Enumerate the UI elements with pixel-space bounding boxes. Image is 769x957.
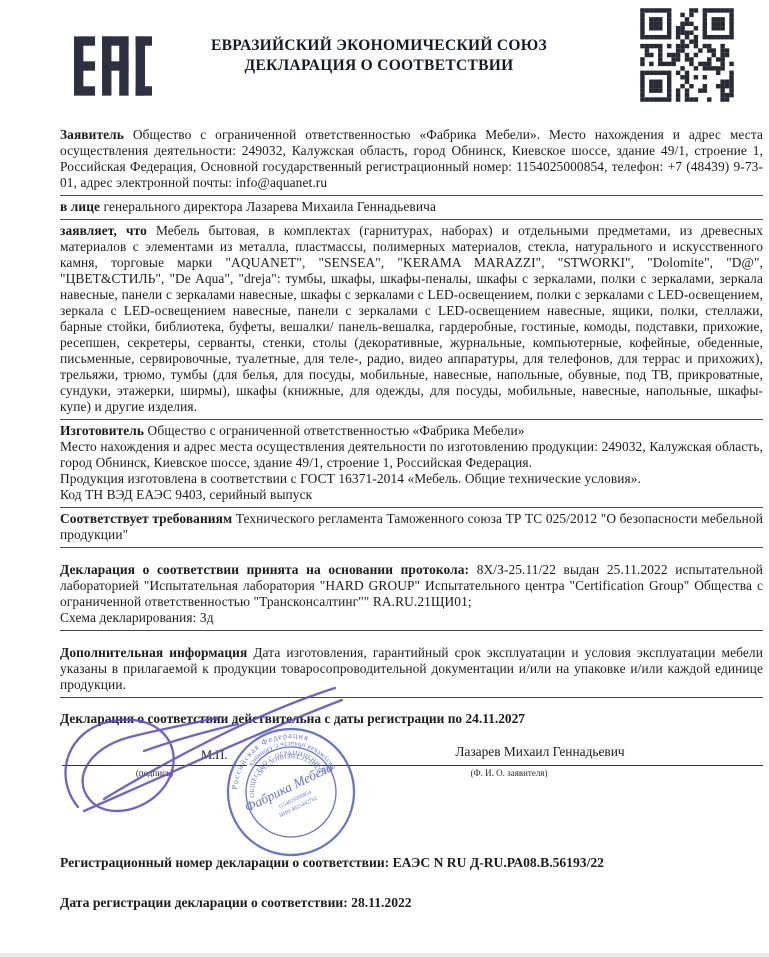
manufacturer-name: Общество с ограниченной ответственностью… [148, 423, 525, 438]
basis-scheme: Схема декларирования: 3д [60, 610, 763, 626]
signature-area: М.П. (подпись) Лазарев Михаил Геннадьеви… [60, 731, 763, 839]
stamp-ring-outer-bottom: Калужская область г. Обнинск [243, 731, 337, 788]
registration-number-line: Регистрационный номер декларации о соотв… [60, 855, 763, 871]
stamp-ogrn: 1154025000854 [277, 789, 312, 810]
represented-by-lead: в лице [60, 199, 100, 214]
manufacturer-gost: Продукция изготовлена в соответствии с Г… [60, 471, 763, 487]
signatory-name: Лазарев Михаил Геннадьевич [350, 744, 730, 760]
document-title: ЕВРАЗИЙСКИЙ ЭКОНОМИЧЕСКИЙ СОЮЗ ДЕКЛАРАЦИ… [170, 36, 588, 76]
mp-label: М.П. [201, 748, 227, 763]
registration-number-label: Регистрационный номер декларации о соотв… [60, 855, 389, 870]
declares-lead: заявляет, что [60, 223, 147, 238]
section-manufacturer: Изготовитель Общество с ограниченной отв… [60, 420, 763, 508]
document-title-line2: ДЕКЛАРАЦИЯ О СООТВЕТСТВИИ [170, 56, 588, 76]
applicant-lead: Заявитель [60, 127, 124, 142]
compliance-lead: Соответствует требованиям [60, 511, 232, 526]
declares-text: Мебель бытовая, в комплектах (гарнитурах… [60, 223, 763, 414]
company-stamp: Российская Федерация ОБЩЕСТВО С ОГРАНИЧЕ… [216, 717, 366, 867]
applicant-text: Общество с ограниченной ответственностью… [60, 127, 763, 190]
manufacturer-tnved: Код ТН ВЭД ЕАЭС 9403, серийный выпуск [60, 487, 763, 503]
declaration-document: ЕВРАЗИЙСКИЙ ЭКОНОМИЧЕСКИЙ СОЮЗ ДЕКЛАРАЦИ… [0, 0, 769, 957]
manufacturer-address: Место нахождения и адрес места осуществл… [60, 439, 763, 471]
represented-by-text: генерального директора Лазарева Михаила … [104, 199, 436, 214]
basis-lead: Декларация о соответствии принята на осн… [60, 562, 469, 577]
qr-code-icon [638, 6, 736, 104]
registration-number-value: ЕАЭС N RU Д-RU.РА08.В.56193/22 [393, 855, 604, 870]
name-caption: (Ф. И. О. заявителя) [255, 768, 763, 778]
manufacturer-lead: Изготовитель [60, 423, 144, 438]
document-header: ЕВРАЗИЙСКИЙ ЭКОНОМИЧЕСКИЙ СОЮЗ ДЕКЛАРАЦИ… [60, 0, 763, 124]
svg-text:Российская Федерация: Российская Федерация [221, 726, 319, 792]
svg-text:Калужская область г. Обнинск: Калужская область г. Обнинск [243, 731, 337, 788]
registration-date-line: Дата регистрации декларации о соответств… [60, 895, 763, 911]
additional-info-lead: Дополнительная информация [60, 645, 247, 660]
validity-statement: Декларация о соответствии действительна … [60, 711, 763, 727]
section-additional-info: Дополнительная информация Дата изготовле… [60, 642, 763, 698]
signature-scribble-icon [48, 681, 348, 841]
section-applicant: Заявитель Общество с ограниченной ответс… [60, 124, 763, 196]
section-represented-by: в лице генерального директора Лазарева М… [60, 196, 763, 220]
name-line [255, 765, 763, 766]
document-title-line1: ЕВРАЗИЙСКИЙ ЭКОНОМИЧЕСКИЙ СОЮЗ [170, 36, 588, 56]
signature-caption: (подпись) [62, 768, 247, 778]
registration-date-label: Дата регистрации декларации о соответств… [60, 895, 348, 910]
stamp-ring-outer-top: Российская Федерация [221, 726, 319, 792]
section-declares: заявляет, что Мебель бытовая, в комплект… [60, 220, 763, 420]
registration-date-value: 28.11.2022 [351, 895, 411, 910]
section-basis: Декларация о соответствии принята на осн… [60, 559, 763, 631]
eac-logo-icon [74, 30, 152, 102]
stamp-inn: ИНН 4025442762 [278, 795, 318, 819]
signature-line [62, 765, 247, 766]
manufacturer-line1: Изготовитель Общество с ограниченной отв… [60, 423, 763, 439]
section-compliance: Соответствует требованиям Технического р… [60, 508, 763, 548]
